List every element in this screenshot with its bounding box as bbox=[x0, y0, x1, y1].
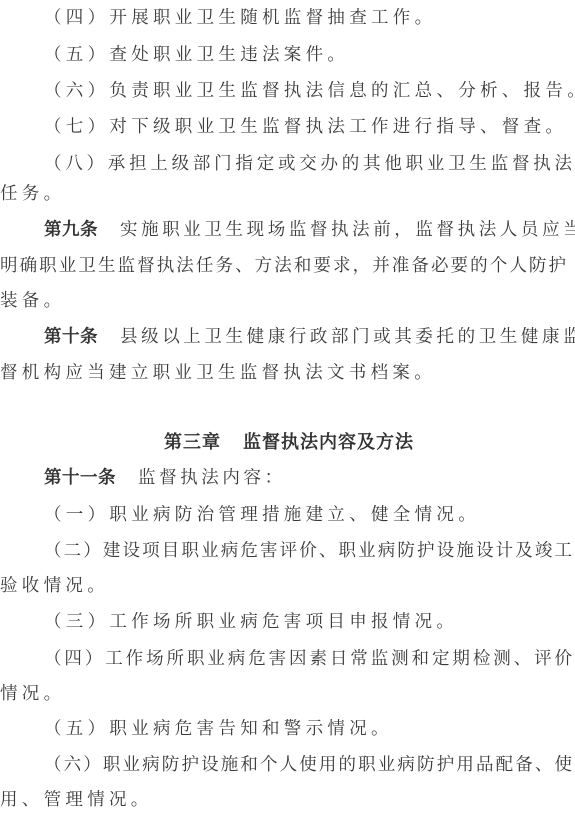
article-11-item-2: （二）建设项目职业病危害评价、职业病防护设施设计及竣工 bbox=[44, 540, 572, 562]
item-6: （六）负责职业卫生监督执法信息的汇总、分析、报告。 bbox=[44, 80, 572, 102]
article-11-item-4-cont: 情况。 bbox=[0, 683, 566, 705]
article-9: 第九条实施职业卫生现场监督执法前，监督执法人员应当 bbox=[44, 219, 572, 241]
article-11-item-1: （一）职业病防治管理措施建立、健全情况。 bbox=[44, 504, 572, 526]
article-11-item-2-cont: 验收情况。 bbox=[0, 575, 566, 597]
article-11-item-3: （三）工作场所职业病危害项目申报情况。 bbox=[44, 611, 572, 633]
article-10-line2: 督机构应当建立职业卫生监督执法文书档案。 bbox=[0, 362, 566, 384]
chapter-title: 监督执法内容及方法 bbox=[243, 432, 414, 453]
article-9-line3: 装备。 bbox=[0, 290, 566, 312]
item-8-continuation: 任务。 bbox=[0, 183, 566, 205]
article-10: 第十条县级以上卫生健康行政部门或其委托的卫生健康监 bbox=[44, 326, 572, 348]
item-4: （四）开展职业卫生随机监督抽查工作。 bbox=[44, 7, 572, 29]
item-5: （五）查处职业卫生违法案件。 bbox=[44, 44, 572, 66]
article-9-label: 第九条 bbox=[44, 220, 98, 240]
item-8: （八）承担上级部门指定或交办的其他职业卫生监督执法 bbox=[44, 153, 572, 175]
article-11-label: 第十一条 bbox=[44, 468, 116, 488]
chapter-number: 第三章 bbox=[164, 432, 221, 453]
item-7: （七）对下级职业卫生监督执法工作进行指导、督查。 bbox=[44, 116, 572, 138]
article-11-item-4: （四）工作场所职业病危害因素日常监测和定期检测、评价 bbox=[44, 648, 572, 670]
article-11-item-6-cont: 用、管理情况。 bbox=[0, 789, 566, 811]
article-10-label: 第十条 bbox=[44, 327, 98, 347]
article-11-text: 监督执法内容： bbox=[138, 468, 286, 488]
article-10-text: 县级以上卫生健康行政部门或其委托的卫生健康监 bbox=[120, 327, 575, 347]
article-11-item-6: （六）职业病防护设施和个人使用的职业病防护用品配备、使 bbox=[44, 754, 572, 776]
article-9-text: 实施职业卫生现场监督执法前，监督执法人员应当 bbox=[120, 220, 575, 240]
article-9-line2: 明确职业卫生监督执法任务、方法和要求，并准备必要的个人防护 bbox=[0, 255, 566, 277]
article-11: 第十一条监督执法内容： bbox=[44, 467, 572, 489]
article-11-item-5: （五）职业病危害告知和警示情况。 bbox=[44, 718, 572, 740]
chapter-heading: 第三章监督执法内容及方法 bbox=[6, 432, 572, 454]
